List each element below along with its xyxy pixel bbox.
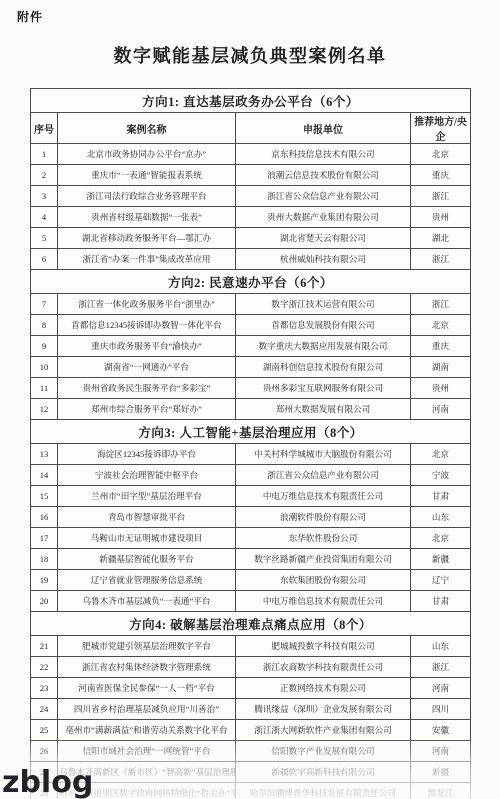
case-name: 重庆市“一表通”智能报表系统 (58, 165, 236, 186)
recommender: 安徽 (411, 720, 471, 741)
recommender: 湖北 (411, 228, 471, 249)
applicant-unit: 肥城城投数字科技有限公司 (236, 636, 411, 657)
row-index: 21 (31, 636, 58, 657)
row-index: 1 (31, 144, 58, 165)
applicant-unit: 浙江浙大网新软件产业集团有限公司 (236, 720, 411, 741)
case-name: 信阳市域社会治理“一网统管”平台 (58, 741, 236, 762)
row-index: 2 (31, 165, 58, 186)
applicant-unit: 湖南科创信息技术股份有限公司 (236, 357, 411, 378)
section-heading-row: 方向3: 人工智能+基层治理应用（8个） (31, 420, 471, 444)
table-row: 14宁波社会治理智能中枢平台浙江省公众信息产业有限公司宁波 (31, 465, 471, 486)
case-name: 河南省医保全民参保“一人一档”平台 (58, 678, 236, 699)
row-index: 16 (31, 507, 58, 528)
case-name: 贵州省政务民生服务平台“多彩宝” (58, 378, 236, 399)
applicant-unit: 哈尔滨鹏博普华科技发展有限责任公司 (236, 783, 411, 799)
case-name: 辽宁省就业管理服务信息系统 (58, 570, 236, 591)
applicant-unit: 信阳数字产业发展有限公司 (236, 741, 411, 762)
row-index: 14 (31, 465, 58, 486)
column-header: 序号 (31, 113, 58, 144)
applicant-unit: 中电万维信息技术有限责任公司 (236, 486, 411, 507)
case-table-wrapper: 方向1: 直达基层政务办公平台（6个）序号案例名称申报单位推荐地方/央企1北京市… (30, 88, 470, 799)
row-index: 6 (31, 249, 58, 270)
case-name: 北京市政务协同办公平台“京办” (58, 144, 236, 165)
table-row: 1北京市政务协同办公平台“京办”京东科技信息技术有限公司北京 (31, 144, 471, 165)
section-heading: 方向2: 民意速办平台（6个） (31, 270, 471, 294)
table-row: 25亳州市“满薪满益”和谐劳动关系数字化平台浙江浙大网新软件产业集团有限公司安徽 (31, 720, 471, 741)
recommender: 湖南 (411, 357, 471, 378)
case-name: 郑州市综合服务平台“郑好办” (58, 399, 236, 420)
case-table: 方向1: 直达基层政务办公平台（6个）序号案例名称申报单位推荐地方/央企1北京市… (30, 88, 471, 799)
section-heading: 方向3: 人工智能+基层治理应用（8个） (31, 420, 471, 444)
column-header-row: 序号案例名称申报单位推荐地方/央企 (31, 113, 471, 144)
table-row: 8首都信息12345接诉即办数智一体化平台首都信息发展股份有限公司北京 (31, 315, 471, 336)
table-row: 23河南省医保全民参保“一人一档”平台正数网络技术有限公司河南 (31, 678, 471, 699)
applicant-unit: 京东科技信息技术有限公司 (236, 144, 411, 165)
recommender: 甘肃 (411, 486, 471, 507)
row-index: 17 (31, 528, 58, 549)
recommender: 四川 (411, 699, 471, 720)
table-row: 24四川省乡村治理基层减负应用“川善治”腾讯缘益（深圳）企业发展有限公司四川 (31, 699, 471, 720)
table-row: 2重庆市“一表通”智能报表系统浪潮云信息技术股份有限公司重庆 (31, 165, 471, 186)
case-name: 浙江省一体化政务服务平台“浙里办” (58, 294, 236, 315)
recommender: 黑龙江 (411, 783, 471, 799)
section-heading-row: 方向4: 破解基层治理难点痛点应用（8个） (31, 612, 471, 636)
case-name: 湖北省移动政务服务平台—鄂汇办 (58, 228, 236, 249)
row-index: 10 (31, 357, 58, 378)
recommender: 北京 (411, 144, 471, 165)
row-index: 11 (31, 378, 58, 399)
applicant-unit: 贵州多彩宝互联网服务有限公司 (236, 378, 411, 399)
table-row: 13海淀区12345接诉即办平台中关村科学城城市大脑股份有限公司北京 (31, 444, 471, 465)
case-name: 亳州市“满薪满益”和谐劳动关系数字化平台 (58, 720, 236, 741)
case-name: 首都信息12345接诉即办数智一体化平台 (58, 315, 236, 336)
recommender: 宁波 (411, 465, 471, 486)
row-index: 24 (31, 699, 58, 720)
watermark-text: zblog (2, 768, 93, 798)
row-index: 23 (31, 678, 58, 699)
table-row: 15兰州市“田字型”基层治理平台中电万维信息技术有限责任公司甘肃 (31, 486, 471, 507)
recommender: 重庆 (411, 336, 471, 357)
table-row: 26信阳市域社会治理“一网统管”平台信阳数字产业发展有限公司河南 (31, 741, 471, 762)
row-index: 7 (31, 294, 58, 315)
page-title: 数字赋能基层减负典型案例名单 (0, 42, 500, 68)
recommender: 新疆 (411, 549, 471, 570)
recommender: 新疆 (411, 762, 471, 783)
applicant-unit: 贵州大数据产业集团有限公司 (236, 207, 411, 228)
row-index: 22 (31, 657, 58, 678)
row-index: 19 (31, 570, 58, 591)
table-row: 18新疆基层智能化服务平台数字丝路新疆产业投资集团有限公司新疆 (31, 549, 471, 570)
table-row: 22浙江省农村集体经济数字管理系统浙江农商数字科技有限责任公司浙江 (31, 657, 471, 678)
recommender: 北京 (411, 528, 471, 549)
recommender: 河南 (411, 399, 471, 420)
recommender: 贵州 (411, 207, 471, 228)
case-name: 重庆市政务服务平台“渝快办” (58, 336, 236, 357)
applicant-unit: 浙江农商数字科技有限责任公司 (236, 657, 411, 678)
row-index: 25 (31, 720, 58, 741)
case-name: 湖南省“一网通办”平台 (58, 357, 236, 378)
recommender: 重庆 (411, 165, 471, 186)
row-index: 3 (31, 186, 58, 207)
table-row: 12郑州市综合服务平台“郑好办”郑州大数据发展有限公司河南 (31, 399, 471, 420)
attachment-label: 附件 (17, 8, 43, 25)
row-index: 8 (31, 315, 58, 336)
recommender: 浙江 (411, 249, 471, 270)
applicant-unit: 东华软件股份公司 (236, 528, 411, 549)
section-heading: 方向1: 直达基层政务办公平台（6个） (31, 89, 471, 113)
case-name: 乌鲁木齐市基层减负“一表通”平台 (58, 591, 236, 612)
row-index: 9 (31, 336, 58, 357)
case-name: 浙江省“办案一件事”集成改革应用 (58, 249, 236, 270)
applicant-unit: 浪潮云信息技术股份有限公司 (236, 165, 411, 186)
applicant-unit: 中关村科学城城市大脑股份有限公司 (236, 444, 411, 465)
applicant-unit: 正数网络技术有限公司 (236, 678, 411, 699)
recommender: 北京 (411, 444, 471, 465)
row-index: 15 (31, 486, 58, 507)
recommender: 山东 (411, 507, 471, 528)
recommender: 山东 (411, 636, 471, 657)
case-name: 浙江司法行政综合业务管理平台 (58, 186, 236, 207)
applicant-unit: 浙江省公众信息产业有限公司 (236, 186, 411, 207)
recommender: 浙江 (411, 294, 471, 315)
section-heading: 方向4: 破解基层治理难点痛点应用（8个） (31, 612, 471, 636)
applicant-unit: 数字浙江技术运营有限公司 (236, 294, 411, 315)
applicant-unit: 东软集团股份有限公司 (236, 570, 411, 591)
row-index: 26 (31, 741, 58, 762)
case-name: 青岛市智慧审批平台 (58, 507, 236, 528)
table-row: 17马鞍山市无证明城市建设项目东华软件股份公司北京 (31, 528, 471, 549)
recommender: 河南 (411, 678, 471, 699)
row-index: 18 (31, 549, 58, 570)
case-name: 浙江省农村集体经济数字管理系统 (58, 657, 236, 678)
row-index: 4 (31, 207, 58, 228)
case-name: 新疆基层智能化服务平台 (58, 549, 236, 570)
row-index: 13 (31, 444, 58, 465)
column-header: 案例名称 (58, 113, 236, 144)
column-header: 推荐地方/央企 (411, 113, 471, 144)
section-heading-row: 方向2: 民意速办平台（6个） (31, 270, 471, 294)
table-row: 6浙江省“办案一件事”集成改革应用杭州威灿科技有限公司浙江 (31, 249, 471, 270)
table-row: 5湖北省移动政务服务平台—鄂汇办湖北省楚天云有限公司湖北 (31, 228, 471, 249)
case-name: 兰州市“田字型”基层治理平台 (58, 486, 236, 507)
applicant-unit: 腾讯缘益（深圳）企业发展有限公司 (236, 699, 411, 720)
case-name: 宁波社会治理智能中枢平台 (58, 465, 236, 486)
recommender: 浙江 (411, 186, 471, 207)
table-row: 10湖南省“一网通办”平台湖南科创信息技术股份有限公司湖南 (31, 357, 471, 378)
table-row: 11贵州省政务民生服务平台“多彩宝”贵州多彩宝互联网服务有限公司贵州 (31, 378, 471, 399)
applicant-unit: 郑州大数据发展有限公司 (236, 399, 411, 420)
recommender: 贵州 (411, 378, 471, 399)
applicant-unit: 首都信息发展股份有限公司 (236, 315, 411, 336)
case-name: 肥城市党建引领基层治理数字平台 (58, 636, 236, 657)
table-row: 9重庆市政务服务平台“渝快办”数字重庆大数据应用发展有限公司重庆 (31, 336, 471, 357)
applicant-unit: 数字重庆大数据应用发展有限公司 (236, 336, 411, 357)
table-row: 16青岛市智慧审批平台浪潮软件股份有限公司山东 (31, 507, 471, 528)
case-name: 马鞍山市无证明城市建设项目 (58, 528, 236, 549)
row-index: 5 (31, 228, 58, 249)
table-row: 27乌鲁木齐高新区（新市区）“智高新”基层治理服务平台新疆软宇高新科技有限公司新… (31, 762, 471, 783)
applicant-unit: 浙江省公众信息产业有限公司 (236, 465, 411, 486)
table-row: 3浙江司法行政综合业务管理平台浙江省公众信息产业有限公司浙江 (31, 186, 471, 207)
case-name: 海淀区12345接诉即办平台 (58, 444, 236, 465)
table-row: 28哈尔滨市道里区数字政府网格精细化“指尖办”平台哈尔滨鹏博普华科技发展有限责任… (31, 783, 471, 799)
column-header: 申报单位 (236, 113, 411, 144)
row-index: 20 (31, 591, 58, 612)
case-name: 四川省乡村治理基层减负应用“川善治” (58, 699, 236, 720)
table-row: 7浙江省一体化政务服务平台“浙里办”数字浙江技术运营有限公司浙江 (31, 294, 471, 315)
document-page: 附件 数字赋能基层减负典型案例名单 方向1: 直达基层政务办公平台（6个）序号案… (0, 0, 500, 799)
recommender: 甘肃 (411, 591, 471, 612)
recommender: 辽宁 (411, 570, 471, 591)
applicant-unit: 中电万维信息技术有限责任公司 (236, 591, 411, 612)
recommender: 北京 (411, 315, 471, 336)
applicant-unit: 新疆软宇高新科技有限公司 (236, 762, 411, 783)
table-row: 20乌鲁木齐市基层减负“一表通”平台中电万维信息技术有限责任公司甘肃 (31, 591, 471, 612)
case-name: 贵州省村级基础数据“一张表” (58, 207, 236, 228)
applicant-unit: 湖北省楚天云有限公司 (236, 228, 411, 249)
recommender: 浙江 (411, 657, 471, 678)
applicant-unit: 杭州威灿科技有限公司 (236, 249, 411, 270)
table-row: 4贵州省村级基础数据“一张表”贵州大数据产业集团有限公司贵州 (31, 207, 471, 228)
row-index: 12 (31, 399, 58, 420)
section-heading-row: 方向1: 直达基层政务办公平台（6个） (31, 89, 471, 113)
table-row: 19辽宁省就业管理服务信息系统东软集团股份有限公司辽宁 (31, 570, 471, 591)
recommender: 河南 (411, 741, 471, 762)
applicant-unit: 数字丝路新疆产业投资集团有限公司 (236, 549, 411, 570)
applicant-unit: 浪潮软件股份有限公司 (236, 507, 411, 528)
case-table-body: 方向1: 直达基层政务办公平台（6个）序号案例名称申报单位推荐地方/央企1北京市… (31, 89, 471, 799)
table-row: 21肥城市党建引领基层治理数字平台肥城城投数字科技有限公司山东 (31, 636, 471, 657)
